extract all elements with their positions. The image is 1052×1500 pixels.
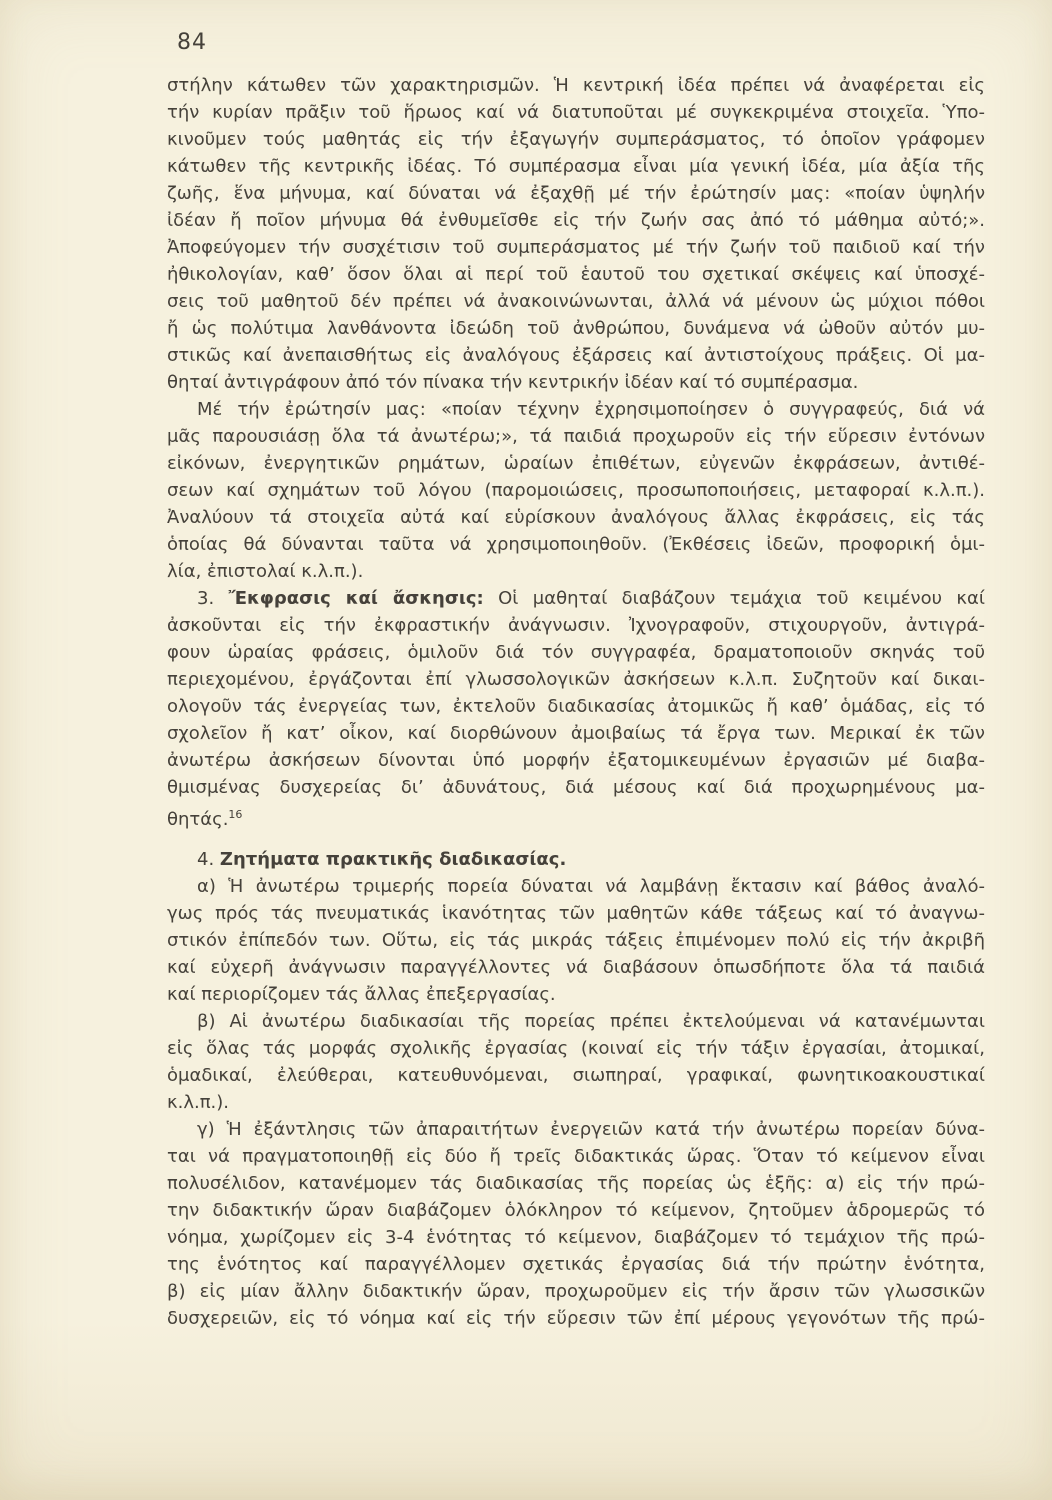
text-line: σεων καί σχημάτων τοῦ λόγου (παρομοιώσει… — [167, 477, 985, 504]
text-line: γ) Ἡ ἐξάντλησις τῶν ἀπαραιτήτων ἐνεργειῶ… — [167, 1116, 985, 1143]
text-line: ἰδέαν ἤ ποῖον μήνυμα θά ἐνθυμεῖσθε εἰς τ… — [167, 207, 985, 234]
text-line: εἰς ὅλας τάς μορφάς σχολικῆς ἐργασίας (κ… — [167, 1035, 985, 1062]
paragraph-gamma: γ) Ἡ ἐξάντλησις τῶν ἀπαραιτήτων ἐνεργειῶ… — [167, 1116, 985, 1332]
text-line: εἰκόνων, ἐνεργητικῶν ρημάτων, ὡραίων ἐπι… — [167, 450, 985, 477]
text-line: της ἑνότητος καί παραγγέλλομεν σχετικάς … — [167, 1251, 985, 1278]
paragraph-beta: β) Αἱ ἀνωτέρω διαδικασίαι τῆς πορείας πρ… — [167, 1008, 985, 1116]
text-line: τήν κυρίαν πρᾶξιν τοῦ ἥρωος καί νά διατυ… — [167, 99, 985, 126]
paragraph-alpha: α) Ἡ ἀνωτέρω τριμερής πορεία δύναται νά … — [167, 873, 985, 1008]
text-line: δυσχερειῶν, εἰς τό νόημα καί εἰς τήν εὕρ… — [167, 1305, 985, 1332]
text-line: ὁποίας θά δύνανται ταῦτα νά χρησιμοποιηθ… — [167, 531, 985, 558]
paragraph-continuation: στήλην κάτωθεν τῶν χαρακτηρισμῶν. Ἡ κεντ… — [167, 72, 985, 396]
text-line: Ἀποφεύγομεν τήν συσχέτισιν τοῦ συμπεράσμ… — [167, 234, 985, 261]
footnote-reference: 16 — [228, 808, 242, 821]
text-line: ἤ ὡς πολύτιμα λανθάνοντα ἰδεώδη τοῦ ἀνθρ… — [167, 315, 985, 342]
text-line: 4. Ζητήματα πρακτικῆς διαδικασίας. — [167, 846, 985, 873]
text-line: ται νά πραγματοποιηθῇ εἰς δύο ἤ τρεῖς δι… — [167, 1143, 985, 1170]
text-line: θμισμένας δυσχερείας δι’ ἀδυνάτους, διά … — [167, 774, 985, 801]
text-line: στικόν ἐπίπεδόν των. Οὕτω, εἰς τάς μικρά… — [167, 927, 985, 954]
text-line: ολογοῦν τάς ἐνεργείας των, ἐκτελοῦν διαδ… — [167, 693, 985, 720]
scanned-document-page: { "page": { "number": "84", "colors": { … — [0, 0, 1052, 1500]
text-line: φουν ὡραίας φράσεις, ὁμιλοῦν διά τόν συγ… — [167, 639, 985, 666]
text-line: σεις τοῦ μαθητοῦ δέν πρέπει νά ἀνακοινών… — [167, 288, 985, 315]
text-line: λία, ἐπιστολαί κ.λ.π.). — [167, 558, 985, 585]
paragraph-questioning: Μέ τήν ἐρώτησίν μας: «ποίαν τέχνην ἐχρησ… — [167, 396, 985, 585]
text-line: ἀνωτέρω ἀσκήσεων δίνονται ὑπό μορφήν ἐξα… — [167, 747, 985, 774]
paragraph-expression-practice: 3. Ἔκφρασις καί ἄσκησις: Οἱ μαθηταί διαβ… — [167, 585, 985, 833]
text-line: ζωῆς, ἕνα μήνυμα, καί δύναται νά ἐξαχθῇ … — [167, 180, 985, 207]
text-line: ὁμαδικαί, ἐλεύθεραι, κατευθυνόμεναι, σιω… — [167, 1062, 985, 1089]
body-text-column: στήλην κάτωθεν τῶν χαρακτηρισμῶν. Ἡ κεντ… — [167, 72, 985, 1332]
text-line: Ἀναλύουν τά στοιχεῖα αὐτά καί εὑρίσκουν … — [167, 504, 985, 531]
text-line: κινοῦμεν τούς μαθητάς εἰς τήν ἐξαγωγήν σ… — [167, 126, 985, 153]
text-line: β) Αἱ ἀνωτέρω διαδικασίαι τῆς πορείας πρ… — [167, 1008, 985, 1035]
text-line: νόημα, χωρίζομεν εἰς 3-4 ἑνότητας τό κεί… — [167, 1224, 985, 1251]
text-line: Μέ τήν ἐρώτησίν μας: «ποίαν τέχνην ἐχρησ… — [167, 396, 985, 423]
page-number: 84 — [177, 30, 207, 55]
text-line: κάτωθεν τῆς κεντρικῆς ἰδέας. Τό συμπέρασ… — [167, 153, 985, 180]
text-line: θητάς.16 — [167, 801, 985, 833]
text-line: ἀσκοῦνται εἰς τήν ἐκφραστικήν ἀνάγνωσιν.… — [167, 612, 985, 639]
text-line: σχολεῖον ἤ κατ’ οἶκον, καί διορθώνουν ἀμ… — [167, 720, 985, 747]
text-line: α) Ἡ ἀνωτέρω τριμερής πορεία δύναται νά … — [167, 873, 985, 900]
text-line: 3. Ἔκφρασις καί ἄσκησις: Οἱ μαθηταί διαβ… — [167, 585, 985, 612]
text-line: γως πρός τάς πνευματικάς ἱκανότητας τῶν … — [167, 900, 985, 927]
text-line: στικῶς καί ἀνεπαισθήτως εἰς ἀναλόγους ἐξ… — [167, 342, 985, 369]
text-line: καί περιορίζομεν τάς ἄλλας ἐπεξεργασίας. — [167, 981, 985, 1008]
text-line: μᾶς παρουσιάσῃ ὅλα τά ἀνωτέρω;», τά παιδ… — [167, 423, 985, 450]
text-line: θηταί ἀντιγράφουν ἀπό τόν πίνακα τήν κεν… — [167, 369, 985, 396]
text-line: καί εὐχερῆ ἀνάγνωσιν παραγγέλλοντες νά δ… — [167, 954, 985, 981]
text-line: περιεχομένου, ἐργάζονται ἐπί γλωσσολογικ… — [167, 666, 985, 693]
text-line: πολυσέλιδον, κατανέμομεν τάς διαδικασίας… — [167, 1170, 985, 1197]
text-line: ἠθικολογίαν, καθ’ ὅσον ὅλαι αἱ περί τοῦ … — [167, 261, 985, 288]
section-heading-practical-procedure: 4. Ζητήματα πρακτικῆς διαδικασίας. — [167, 846, 985, 873]
text-line: β) εἰς μίαν ἄλλην διδακτικήν ὥραν, προχω… — [167, 1278, 985, 1305]
text-line: στήλην κάτωθεν τῶν χαρακτηρισμῶν. Ἡ κεντ… — [167, 72, 985, 99]
text-line: κ.λ.π.). — [167, 1089, 985, 1116]
text-line: την διδακτικήν ὥραν διαβάζομεν ὁλόκληρον… — [167, 1197, 985, 1224]
page-background: 84 στήλην κάτωθεν τῶν χαρακτηρισμῶν. Ἡ κ… — [0, 0, 1052, 1500]
